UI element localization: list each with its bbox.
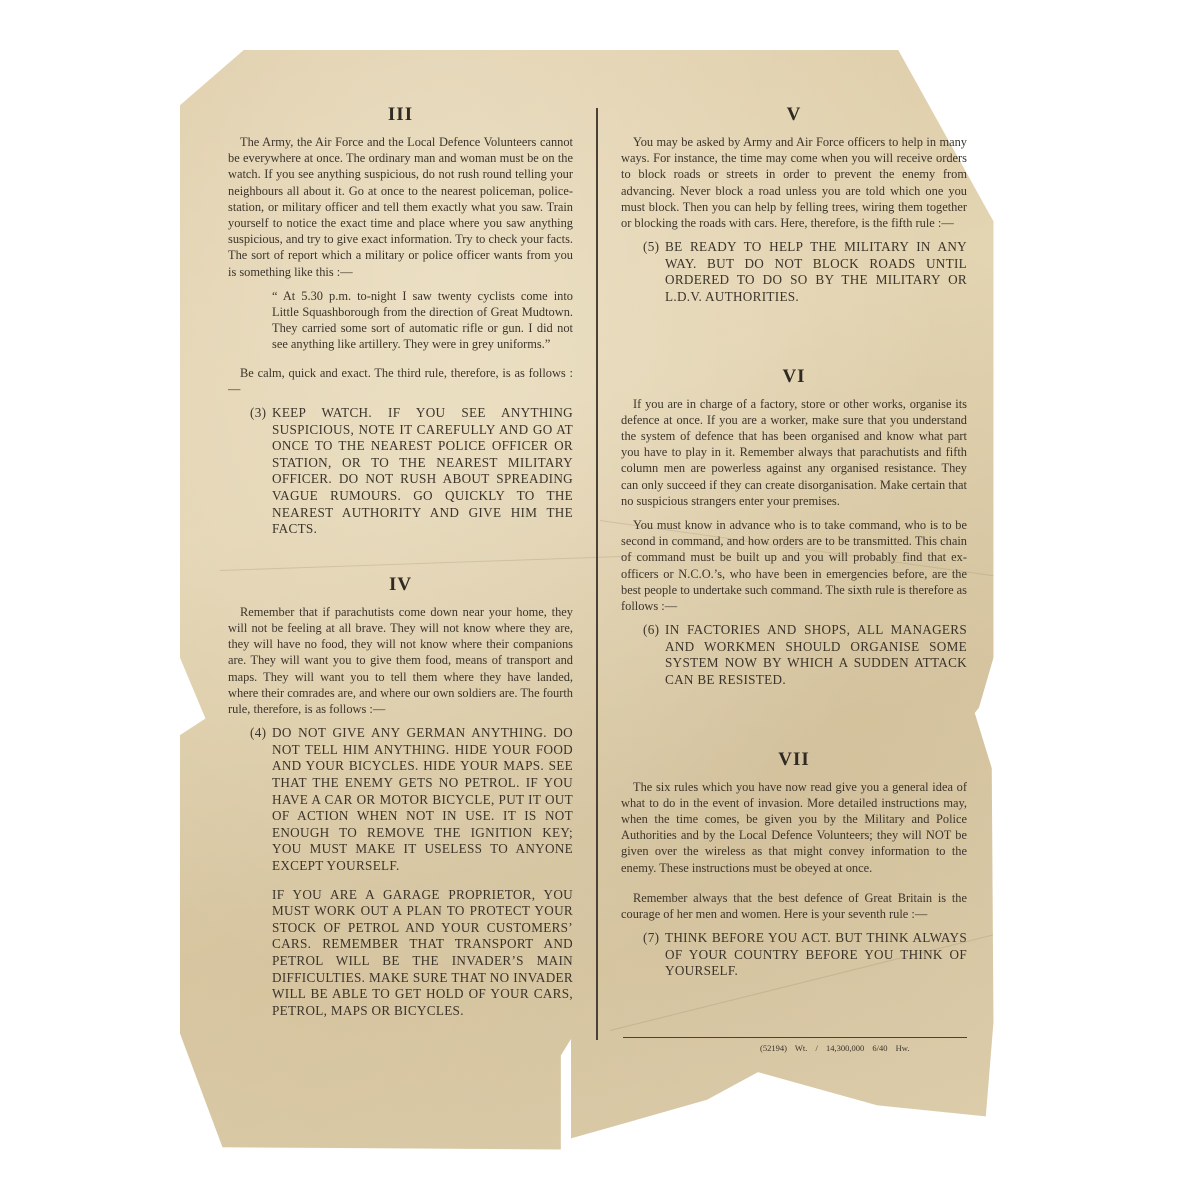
section-numeral: IV (228, 574, 573, 596)
rule-text: DO NOT GIVE ANY GERMAN ANYTHING. DO NOT … (272, 725, 573, 874)
rule-4-garage-note: IF YOU ARE A GARAGE PROPRIETOR, YOU MUST… (272, 887, 573, 1020)
footer-rule (623, 1037, 967, 1038)
rule-6: (6) IN FACTORIES AND SHOPS, ALL MANAGERS… (643, 622, 967, 688)
section-numeral: VII (621, 749, 967, 771)
section-numeral: III (228, 104, 573, 126)
paragraph: Remember that if parachutists come down … (228, 604, 573, 717)
rule-4: (4) DO NOT GIVE ANY GERMAN ANYTHING. DO … (250, 725, 573, 874)
right-column: V You may be asked by Army and Air Force… (621, 104, 967, 990)
section-vii: VII The six rules which you have now rea… (621, 749, 967, 980)
rule-3: (3) KEEP WATCH. IF YOU SEE ANYTHING SUSP… (250, 405, 573, 538)
paragraph: The six rules which you have now read gi… (621, 779, 967, 876)
rule-text: THINK BEFORE YOU ACT. BUT THINK ALWAYS O… (665, 930, 967, 980)
section-iii: III The Army, the Air Force and the Loca… (228, 104, 573, 538)
rule-5: (5) BE READY TO HELP THE MILITARY IN ANY… (643, 239, 967, 305)
section-vi: VI If you are in charge of a factory, st… (621, 366, 967, 689)
paragraph: You may be asked by Army and Air Force o… (621, 134, 967, 231)
left-column: III The Army, the Air Force and the Loca… (228, 104, 573, 1019)
rule-text: KEEP WATCH. IF YOU SEE ANYTHING SUSPICIO… (272, 405, 573, 538)
rule-text: BE READY TO HELP THE MILITARY IN ANY WAY… (665, 239, 967, 305)
rule-number: (6) (643, 622, 665, 688)
example-report-quote: “ At 5.30 p.m. to-night I saw twenty cyc… (272, 288, 573, 353)
rule-number: (4) (250, 725, 272, 874)
printer-imprint: (52194) Wt. / 14,300,000 6/40 Hw. (760, 1043, 909, 1053)
section-v: V You may be asked by Army and Air Force… (621, 104, 967, 306)
rule-number: (5) (643, 239, 665, 305)
section-numeral: V (621, 104, 967, 126)
paragraph: The Army, the Air Force and the Local De… (228, 134, 573, 280)
rule-number: (3) (250, 405, 272, 538)
rule-7: (7) THINK BEFORE YOU ACT. BUT THINK ALWA… (643, 930, 967, 980)
paragraph: If you are in charge of a factory, store… (621, 396, 967, 509)
paragraph: You must know in advance who is to take … (621, 517, 967, 614)
paragraph: Be calm, quick and exact. The third rule… (228, 365, 573, 397)
section-iv: IV Remember that if parachutists come do… (228, 574, 573, 1020)
section-numeral: VI (621, 366, 967, 388)
rule-number: (7) (643, 930, 665, 980)
paragraph: Remember always that the best defence of… (621, 890, 967, 922)
rule-text: IN FACTORIES AND SHOPS, ALL MANAGERS AND… (665, 622, 967, 688)
column-divider (596, 108, 598, 1040)
